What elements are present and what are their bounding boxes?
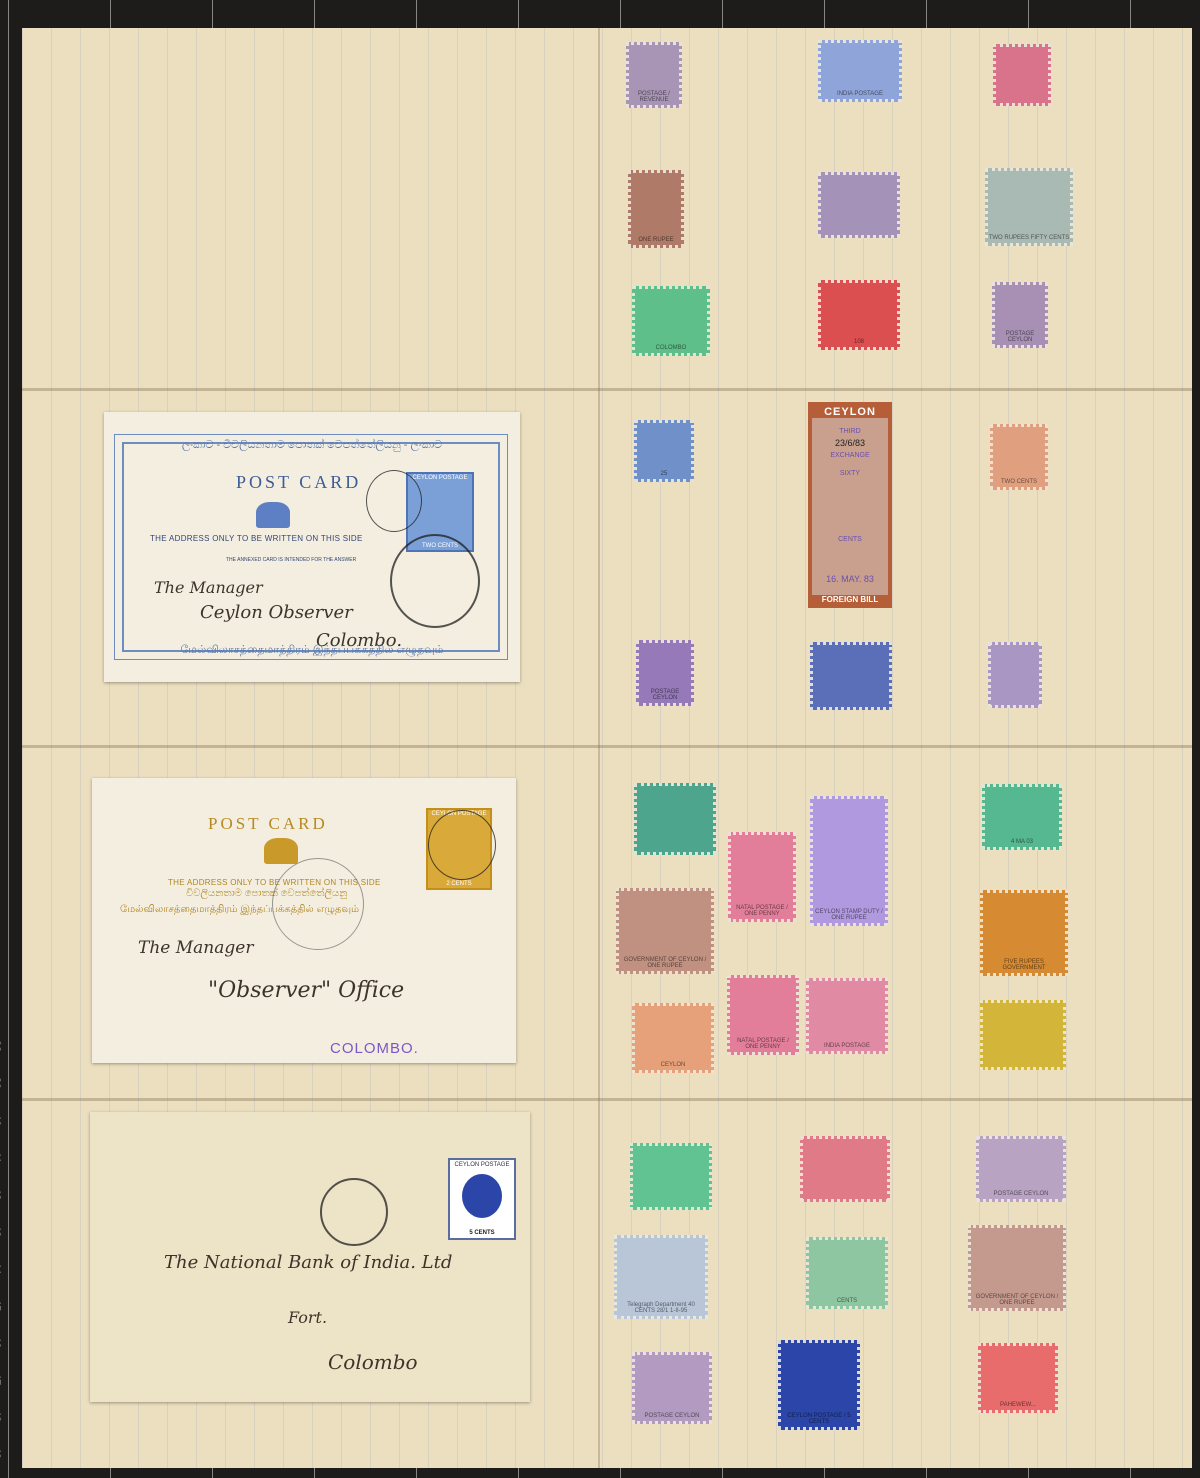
stamp-label: TWO RUPEES FIFTY CENTS [988,235,1070,241]
stamp: NATAL POSTAGE / ONE PENNY [728,832,796,922]
ruler-label: 47 [0,1373,2,1385]
stamp-top-text: CEYLON POSTAGE [408,475,472,481]
handwritten-address-line: Fort. [288,1308,327,1327]
horizontal-fold [22,745,1192,748]
ruler-label: 39 [0,1077,2,1089]
annex-note: THE ANNEXED CARD IS INTENDED FOR THE ANS… [226,557,356,563]
bill-line: 23/6/83 [812,438,888,448]
stamp [810,642,892,710]
stamp-label: INDIA POSTAGE [809,1043,885,1049]
stamp: POSTAGE CEYLON [976,1136,1066,1202]
stamp [980,1000,1066,1070]
stamp-label: ONE RUPEE [631,237,681,243]
stamp-label: NATAL POSTAGE / ONE PENNY [730,1038,796,1050]
address-note: THE ADDRESS ONLY TO BE WRITTEN ON THIS S… [150,534,363,543]
bill-line: EXCHANGE [812,452,888,459]
post-card-blue: ලංකාව - විවලියනතාම පොතක් වෙපත්තේලියනු - … [104,412,520,682]
stamp: POSTAGE CEYLON [992,282,1048,348]
stamp-label: CENTS [809,1298,885,1304]
vertical-fold [598,28,600,1468]
stamp: Telegraph Department 40 CENTS 28/1 1-II-… [614,1235,708,1319]
handwritten-address-line: The Manager [138,938,253,958]
stamp-label: CEYLON STAMP DUTY / ONE RUPEE [813,909,885,921]
stamp-label: POSTAGE / REVENUE [629,91,679,103]
ruler-label: 48 [0,1410,2,1422]
stamp [634,783,716,855]
measuring-ruler: 383940414243444546474849 [0,700,22,1478]
stamp-label: INDIA POSTAGE [821,91,899,97]
handwritten-address-line: Colombo [328,1350,418,1374]
stamp: POSTAGE / REVENUE [626,42,682,108]
stamp-label: Telegraph Department 40 CENTS 28/1 1-II-… [617,1302,705,1314]
ruler-label: 43 [0,1225,2,1237]
stamp-bottom-text: 2 CENTS [428,881,490,887]
ruler-label: 44 [0,1262,2,1274]
bill-line: 16. MAY. 83 [812,574,888,584]
handwritten-address-line: Ceylon Observer [200,602,353,623]
stamp: GOVERNMENT OF CEYLON / ONE RUPEE [616,888,714,974]
foreign-bill-stamp: CEYLON THIRD 23/6/83 EXCHANGE SIXTY CENT… [808,402,892,608]
stamp: POSTAGE CEYLON [632,1352,712,1424]
stamp: CEYLON [632,1003,714,1073]
stamp [993,44,1051,106]
stamp-label: GOVERNMENT OF CEYLON / ONE RUPEE [619,957,711,969]
ruler-label: 40 [0,1114,2,1126]
stamp: CEYLON STAMP DUTY / ONE RUPEE [810,796,888,926]
stamp-label: 4 MA 03 [985,839,1059,845]
stamp-top-text: CEYLON POSTAGE [450,1162,514,1168]
colombo-handstamp: COLOMBO. [330,1040,419,1057]
ruler-label: 42 [0,1188,2,1200]
post-card-yellow: POST CARD THE ADDRESS ONLY TO BE WRITTEN… [92,778,516,1063]
bill-line: CENTS [812,536,888,543]
stamp: PAHEWEW... [978,1343,1058,1413]
bill-header: CEYLON [812,406,888,418]
stamp: 25 [634,420,694,482]
ruler-label: 45 [0,1299,2,1311]
stamp: GOVERNMENT OF CEYLON / ONE RUPEE [968,1225,1066,1311]
stamp: INDIA POSTAGE [818,40,902,102]
royal-crest-icon [256,502,290,528]
envelope: CEYLON POSTAGE 5 CENTS The National Bank… [90,1112,530,1402]
royal-crest-icon [264,838,298,864]
postmark [366,470,422,532]
stamp-label: POSTAGE CEYLON [979,1191,1063,1197]
ruler-label: 49 [0,1447,2,1459]
stamp: COLOMBO [632,286,710,356]
imprinted-stamp: CEYLON POSTAGE 5 CENTS [448,1158,516,1240]
stamp-label: 25 [637,471,691,477]
postmark [272,858,364,950]
stamp-label: POSTAGE CEYLON [635,1413,709,1419]
stamp: 4 MA 03 [982,784,1062,850]
stamp: CENTS [806,1237,888,1309]
queen-portrait-icon [462,1174,502,1218]
stamp: NATAL POSTAGE / ONE PENNY [727,975,799,1055]
stamp: TWO RUPEES FIFTY CENTS [985,168,1073,246]
handwritten-address-line: The National Bank of India. Ltd [164,1252,452,1273]
handwritten-address-line: The Manager [154,578,263,597]
bill-line: SIXTY [812,470,888,477]
handwritten-address-line: "Observer" Office [208,978,404,1003]
stamp: TWO CENTS [990,424,1048,490]
bill-footer: FOREIGN BILL [812,595,888,604]
ruler-label: 38 [0,1040,2,1052]
postmark [320,1178,388,1246]
horizontal-fold [22,1098,1192,1101]
stamp-label: POSTAGE CEYLON [639,689,691,701]
postmark-cancel [390,534,480,628]
ruler-label: 46 [0,1336,2,1348]
horizontal-fold [22,388,1192,391]
stamp [630,1143,712,1210]
stamp: FIVE RUPEES GOVERNMENT [980,890,1068,976]
stamp-label: TWO CENTS [993,479,1045,485]
stamp-label: PAHEWEW... [981,1402,1055,1408]
stamp: ONE RUPEE [628,170,684,248]
stamp: POSTAGE CEYLON [636,640,694,706]
stamp [800,1136,890,1202]
stamp [988,642,1042,708]
stamp: 108 [818,280,900,350]
ruler-label: 41 [0,1151,2,1163]
stamp-label: COLOMBO [635,345,707,351]
stamp: CEYLON POSTAGE / 5 CENTS [778,1340,860,1430]
stamp-label: NATAL POSTAGE / ONE PENNY [731,905,793,917]
stamp: INDIA POSTAGE [806,978,888,1054]
postmark [428,810,496,880]
stamp-label: FIVE RUPEES GOVERNMENT [983,959,1065,971]
bill-line: THIRD [812,428,888,435]
stamp-label: POSTAGE CEYLON [995,331,1045,343]
stamp-bottom-text: 5 CENTS [450,1230,514,1236]
post-card-title: POST CARD [236,472,361,493]
sinhala-header: ලංකාව - විවලියනතාම පොතක් වෙපත්තේලියනු - … [154,439,470,452]
stamp-label: CEYLON POSTAGE / 5 CENTS [781,1413,857,1425]
tamil-footer: மேல்விலாசத்தைமாத்திரம் இந்தப்பக்கத்தில் … [154,644,470,658]
stamp-label: CEYLON [635,1062,711,1068]
post-card-title: POST CARD [208,814,328,834]
stamp [818,172,900,238]
stamp-label: GOVERNMENT OF CEYLON / ONE RUPEE [971,1294,1063,1306]
stamp-label: 108 [821,339,897,345]
